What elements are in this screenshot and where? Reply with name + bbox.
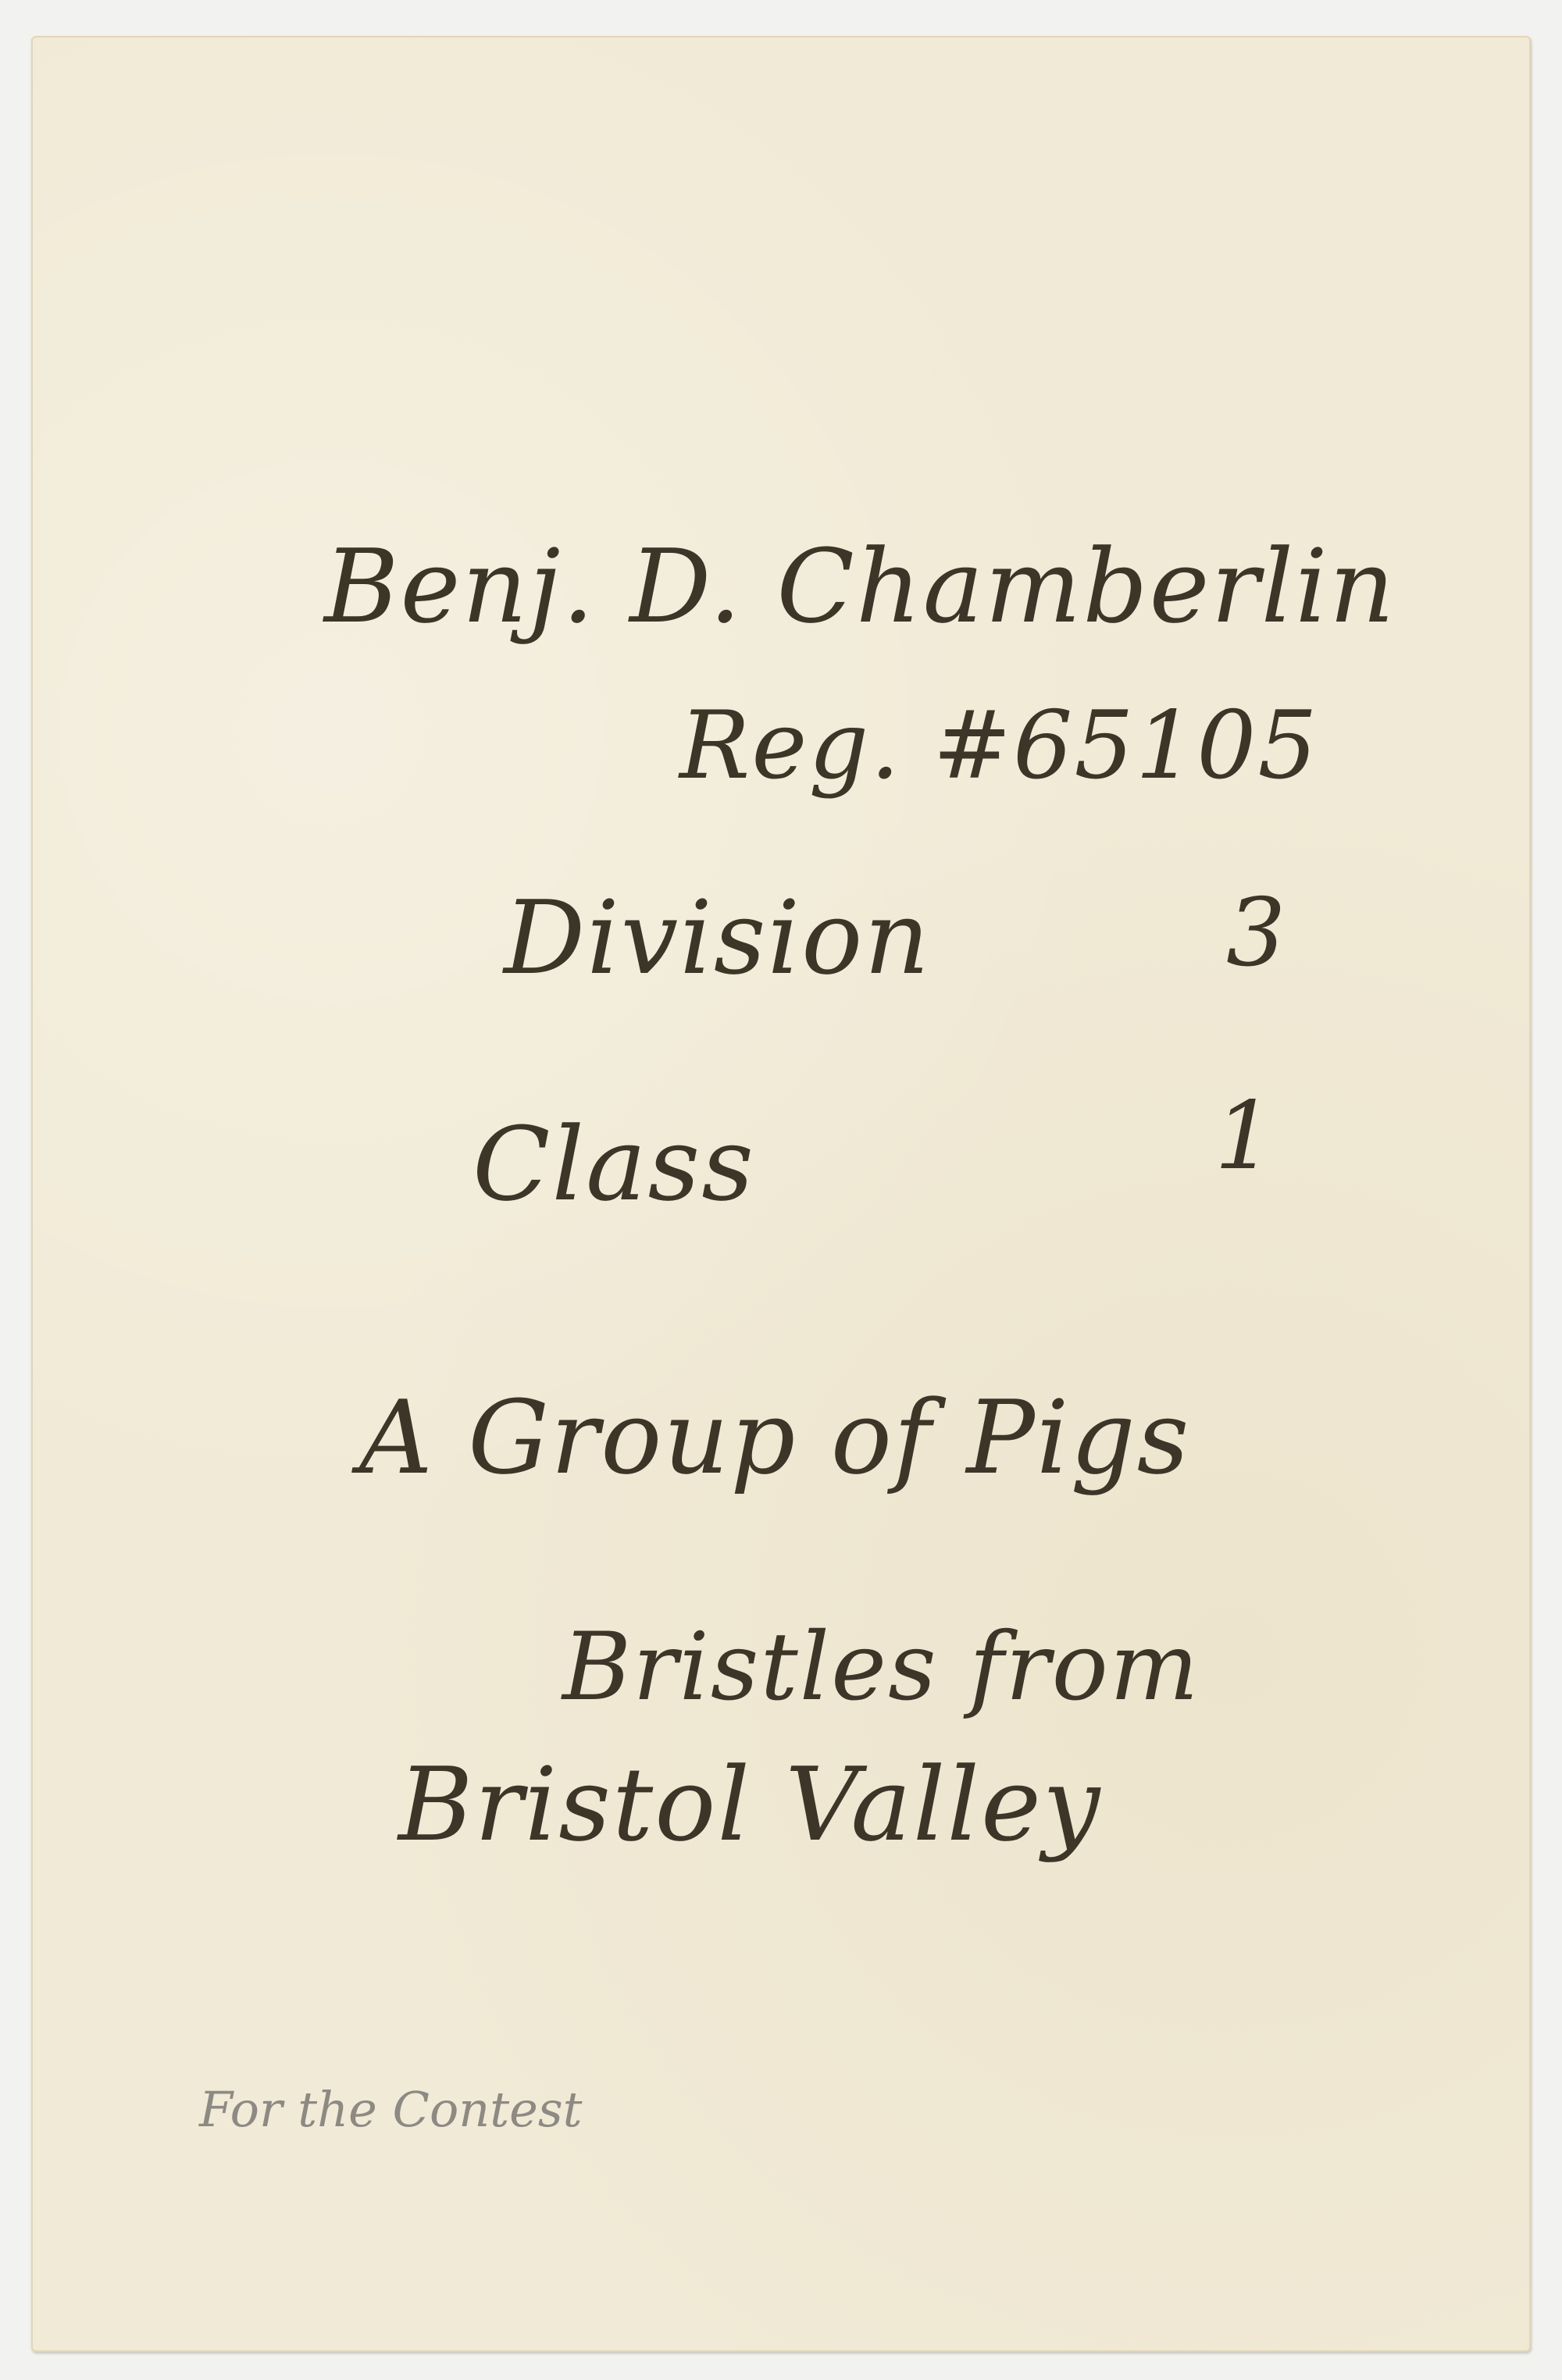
class-value: 1 — [1214, 1090, 1275, 1184]
pencil-note: For the Contest — [199, 2086, 583, 2134]
registration-number: Reg. #65105 — [679, 700, 1319, 793]
entry-place: Bristol Valley — [398, 1754, 1101, 1855]
entry-title: A Group of Pigs — [359, 1387, 1190, 1488]
card-border — [31, 36, 1531, 2352]
division-label: Division — [504, 887, 931, 989]
class-label: Class — [473, 1113, 755, 1215]
division-value: 3 — [1226, 887, 1287, 981]
entry-subtitle: Bristles from — [562, 1621, 1200, 1715]
entrant-name: Benj. D. Chamberlin — [324, 536, 1396, 637]
entry-card: Benj. D. Chamberlin Reg. #65105 Division… — [31, 36, 1531, 2352]
